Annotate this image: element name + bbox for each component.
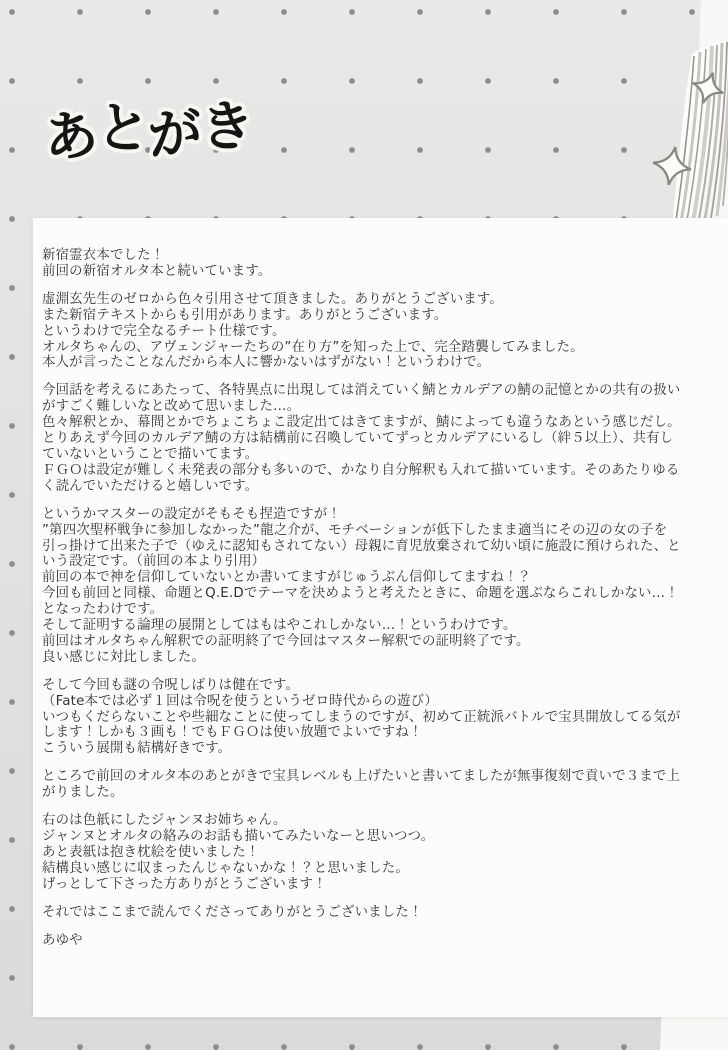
- text-line: 前回の本で神を信仰していないとか書いてますがじゅうぶん信仰してますね！？: [42, 570, 710, 586]
- text-line: というかマスターの設定がそもそも捏造ですが！: [42, 507, 710, 523]
- text-line: します！しかも３画も！でもＦＧＯは使い放題でよいですね！: [42, 725, 710, 741]
- title-character: あ: [42, 108, 98, 166]
- text-line: 本人が言ったことなんだから本人に響かないはずがない！というわけで。: [42, 355, 710, 371]
- text-line: そして証明する論理の展開としてはもはやこれしかない…！というわけです。: [42, 618, 710, 634]
- text-line: とりあえず今回のカルデア鯖の方は結構前に召喚していてずっとカルデアにいるし（絆５…: [42, 431, 710, 447]
- text-line: あと表紙は抱き枕絵を使いました！: [42, 845, 710, 861]
- paragraph: 右のは色紙にしたジャンヌお姉ちゃん。ジャンヌとオルタの絡みのお話も描いてみたいな…: [42, 813, 710, 893]
- text-line: 右のは色紙にしたジャンヌお姉ちゃん。: [42, 813, 710, 829]
- page-title: あとがき: [43, 103, 252, 162]
- text-line: 前回はオルタちゃん解釈での証明終了で今回はマスター解釈での証明終了です。: [42, 634, 710, 650]
- text-line: ところで前回のオルタ本のあとがきで宝具レベルも上げたいと書いてましたが無事復刻で…: [42, 769, 710, 785]
- text-line: いつもくだらないことや些細なことに使ってしまうのですが、初めて正統派バトルで宝具…: [42, 710, 710, 726]
- text-line: 虚淵玄先生のゼロから色々引用させて頂きました。ありがとうございます。: [42, 292, 710, 308]
- title-character: と: [94, 100, 150, 158]
- title-character: が: [146, 105, 203, 164]
- afterword-page: あとがき 新宿霊衣本でした！前回の新宿オルタ本と続いています。虚淵玄先生のゼロか…: [0, 0, 728, 1050]
- text-line: 今回話を考えるにあたって、各特異点に出現しては消えていく鯖とカルデアの鯖の記憶と…: [42, 383, 710, 399]
- text-line: く読んでいただけると嬉しいです。: [42, 479, 710, 495]
- text-line: がりました。: [42, 785, 710, 801]
- author-signature: あゆや: [42, 933, 710, 949]
- afterword-text: 新宿霊衣本でした！前回の新宿オルタ本と続いています。虚淵玄先生のゼロから色々引用…: [42, 248, 710, 948]
- title-character: き: [199, 99, 252, 154]
- paragraph: それではここまで読んでくださってありがとうございました！: [42, 905, 710, 921]
- text-line: げっとして下さった方ありがとうございます！: [42, 877, 710, 893]
- text-line: ”第四次聖杯戦争に参加しなかった”龍之介が、モチベーションが低下したまま適当にそ…: [42, 523, 710, 539]
- text-line: 前回の新宿オルタ本と続いています。: [42, 264, 710, 280]
- text-line: となったわけです。: [42, 602, 710, 618]
- paragraph: 虚淵玄先生のゼロから色々引用させて頂きました。ありがとうございます。また新宿テキ…: [42, 292, 710, 372]
- text-line: そして今回も謎の令呪しばりは健在です。: [42, 678, 710, 694]
- text-line: 今回も前回と同様、命題とQ.E.Dでテーマを決めようと考えたときに、命題を選ぶな…: [42, 586, 710, 602]
- text-line: がすごく難しいなと改めて思いました…。: [42, 399, 710, 415]
- paragraph: 今回話を考えるにあたって、各特異点に出現しては消えていく鯖とカルデアの鯖の記憶と…: [42, 383, 710, 494]
- text-line: （Fate本では必ず１回は令呪を使うというゼロ時代からの遊び）: [42, 694, 710, 710]
- paragraph: 新宿霊衣本でした！前回の新宿オルタ本と続いています。: [42, 248, 710, 280]
- text-line: 引っ掛けて出来た子で（ゆえに認知もされてない）母親に育児放棄されて幼い頃に施設に…: [42, 539, 710, 555]
- paragraph: というかマスターの設定がそもそも捏造ですが！”第四次聖杯戦争に参加しなかった”龍…: [42, 507, 710, 666]
- text-line: 色々解釈とか、幕間とかでちょこちょこ設定出てはきてますが、鯖によっても違うなあと…: [42, 415, 710, 431]
- text-line: それではここまで読んでくださってありがとうございました！: [42, 905, 710, 921]
- text-line: というわけで完全なるチート仕様です。: [42, 324, 710, 340]
- paragraph: ところで前回のオルタ本のあとがきで宝具レベルも上げたいと書いてましたが無事復刻で…: [42, 769, 710, 801]
- text-line: 結構良い感じに収まったんじゃないかな！？と思いました。: [42, 861, 710, 877]
- text-line: 新宿霊衣本でした！: [42, 248, 710, 264]
- text-line: いう設定です。（前回の本より引用）: [42, 554, 710, 570]
- text-line: 良い感じに対比しました。: [42, 650, 710, 666]
- text-line: また新宿テキストからも引用があります。ありがとうございます。: [42, 308, 710, 324]
- paragraph: そして今回も謎の令呪しばりは健在です。（Fate本では必ず１回は令呪を使うという…: [42, 678, 710, 758]
- text-line: ＦＧＯは設定が難しく未発表の部分も多いので、かなり自分解釈も入れて描いています。…: [42, 463, 710, 479]
- text-line: ていないということで描いてます。: [42, 447, 710, 463]
- text-line: オルタちゃんの、アヴェンジャーたちの”在り方”を知った上で、完全踏襲してみました…: [42, 340, 710, 356]
- afterword-paragraphs: 新宿霊衣本でした！前回の新宿オルタ本と続いています。虚淵玄先生のゼロから色々引用…: [42, 248, 710, 921]
- text-line: ジャンヌとオルタの絡みのお話も描いてみたいなーと思いつつ。: [42, 829, 710, 845]
- text-line: こういう展開も結構好きです。: [42, 741, 710, 757]
